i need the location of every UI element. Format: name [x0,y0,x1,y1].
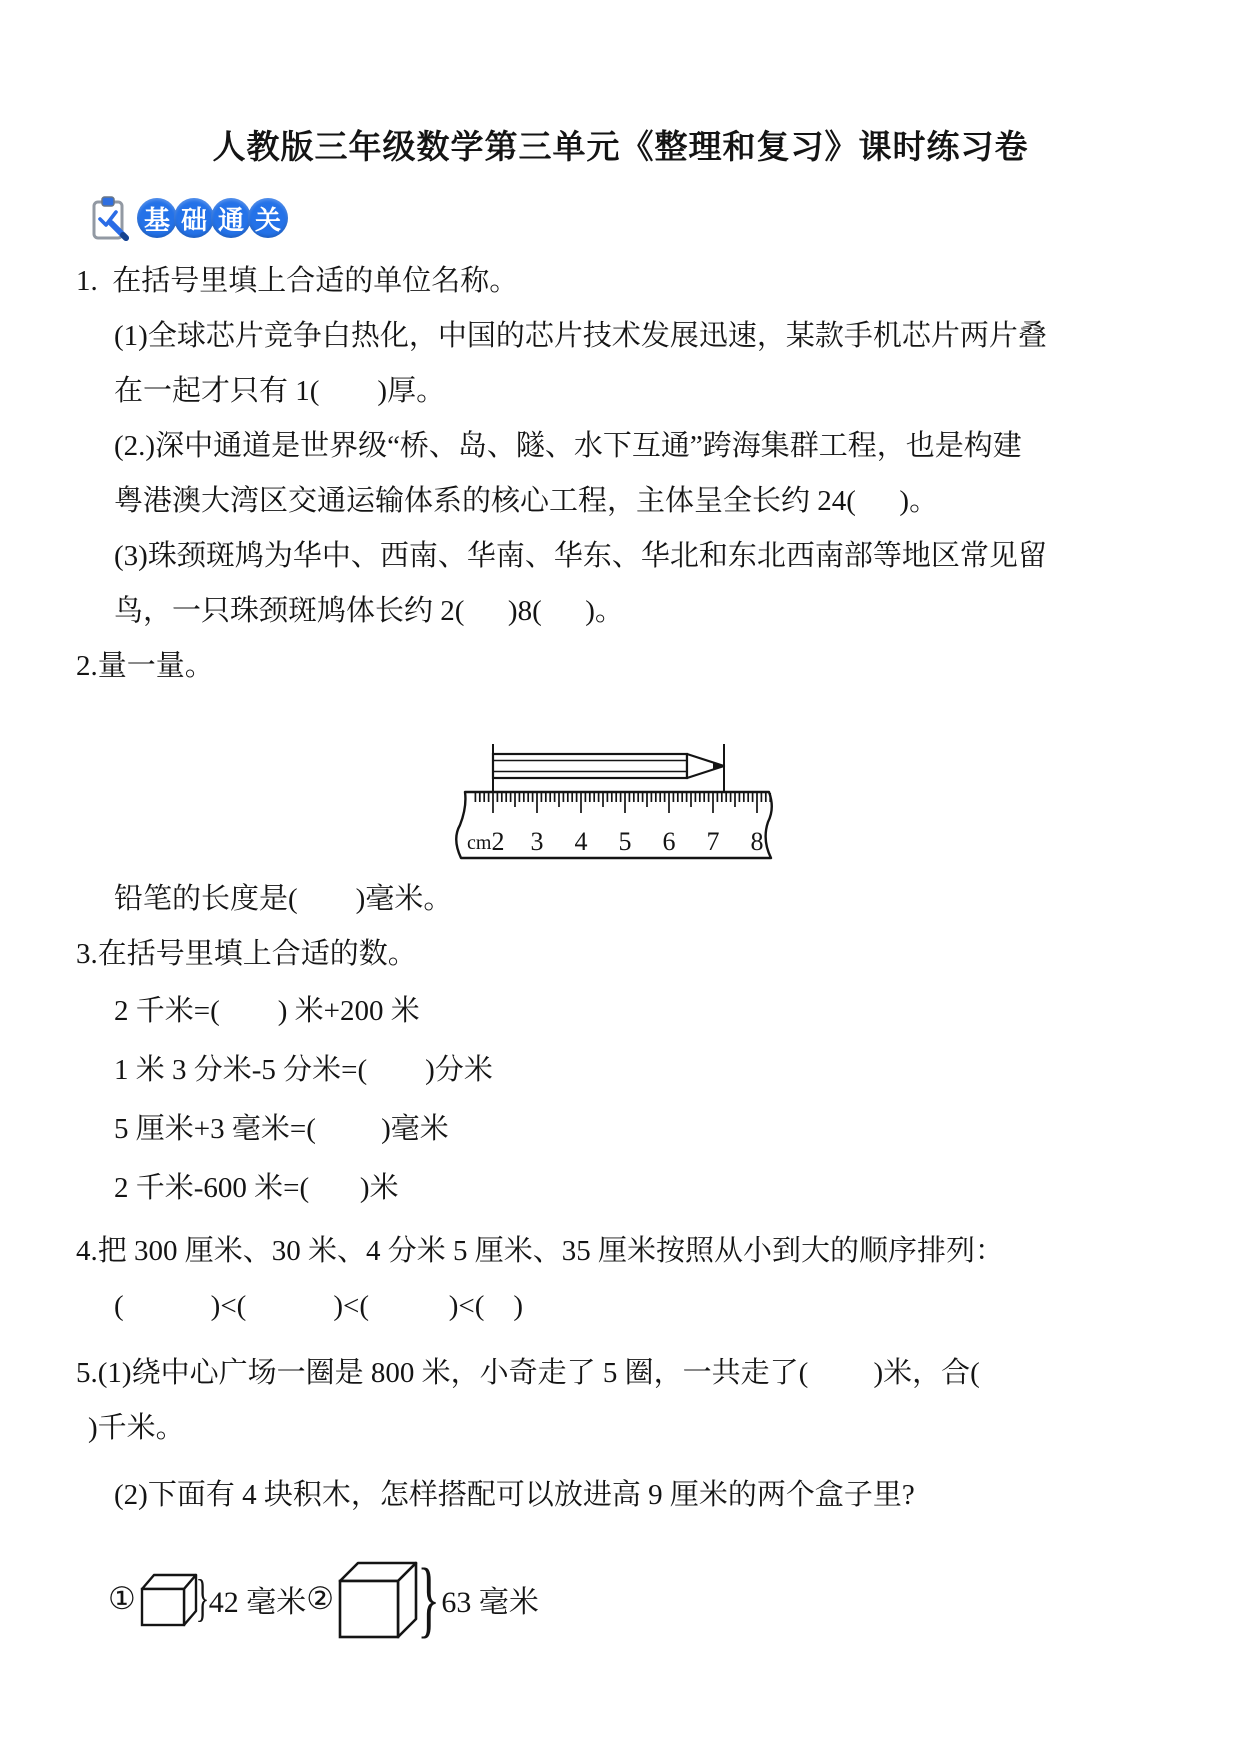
ruler-number: 8 [751,827,764,856]
q3-eq-4: 2 千米-600 米=( )米 [0,1159,1241,1218]
block1-height-brace: } [195,1577,209,1621]
ruler-illustration: cm 2 3 4 5 6 7 8 [456,792,772,858]
q3-eq-1: 2 千米=( ) 米+200 米 [0,982,1241,1041]
ruler-number: 2 [492,827,505,856]
badge-char-4: 关 [248,198,288,238]
block1-label: ① [108,1581,136,1617]
q3-stem: 3.在括号里填上合适的数。 [0,927,1241,982]
section-badge: 基 础 通 关 [88,194,1241,242]
ruler-number: 3 [531,827,544,856]
q4-answer-line: ( )<( )<( )<( ) [0,1279,1241,1334]
q1-line-5: (3)珠颈斑鸠为华中、西南、华南、华东、华北和东北西南部等地区常见留 [0,529,1241,584]
q5-line-1: 5.(1)绕中心广场一圈是 800 米，小奇走了 5 圈，一共走了( )米，合( [0,1346,1241,1401]
q2-answer-line: 铅笔的长度是( )毫米。 [0,872,1241,927]
pencil-illustration [493,754,724,778]
clipboard-check-pencil-icon [88,194,132,242]
building-blocks-figure: ① } 42 毫米 ② } 63 毫米 [0,1539,1241,1659]
ruler-number: 5 [619,827,632,856]
q1-line-6: 鸟，一只珠颈斑鸠体长约 2( )8( )。 [0,584,1241,639]
q3-eq-2: 1 米 3 分米-5 分米=( )分米 [0,1041,1241,1100]
q4-stem: 4.把 300 厘米、30 米、4 分米 5 厘米、35 厘米按照从小到大的顺序… [0,1224,1241,1279]
block2-cuboid-icon [334,1557,418,1641]
q5-line-2: )千米。 [0,1401,1241,1456]
ruler-unit-label: cm [467,832,492,854]
ruler-number: 7 [707,827,720,856]
worksheet-page: 人教版三年级数学第三单元《整理和复习》课时练习卷 基 础 通 关 1. 在括号里… [0,0,1241,1754]
block2-height-brace: } [417,1562,440,1635]
q1-line-4: 粤港澳大湾区交通运输体系的核心工程，主体呈全长约 24( )。 [0,474,1241,529]
badge-char-2: 础 [174,198,214,238]
block1-size-label: 42 毫米 [209,1577,307,1621]
page-title: 人教版三年级数学第三单元《整理和复习》课时练习卷 [0,0,1241,170]
ruler-number: 6 [663,827,676,856]
badge-char-1: 基 [137,198,177,238]
block2-label: ② [306,1581,334,1617]
q1-line-3: (2.)深中通道是世界级“桥、岛、隧、水下互通”跨海集群工程，也是构建 [0,419,1241,474]
q1-line-1: (1)全球芯片竞争白热化，中国的芯片技术发展迅速，某款手机芯片两片叠 [0,309,1241,364]
q5-line-3: (2)下面有 4 块积木，怎样搭配可以放进高 9 厘米的两个盒子里? [0,1468,1241,1523]
q2-stem: 2.量一量。 [0,639,1241,694]
q3-eq-3: 5 厘米+3 毫米=( )毫米 [0,1100,1241,1159]
block1-cuboid-icon [136,1569,198,1629]
pencil-ruler-figure: cm 2 3 4 5 6 7 8 [445,740,777,872]
q1-stem: 1. 在括号里填上合适的单位名称。 [0,254,1241,309]
block2-size-label: 63 毫米 [441,1577,539,1621]
badge-char-3: 通 [211,198,251,238]
ruler-number: 4 [575,827,588,856]
q1-line-2: 在一起才只有 1( )厚。 [0,364,1241,419]
